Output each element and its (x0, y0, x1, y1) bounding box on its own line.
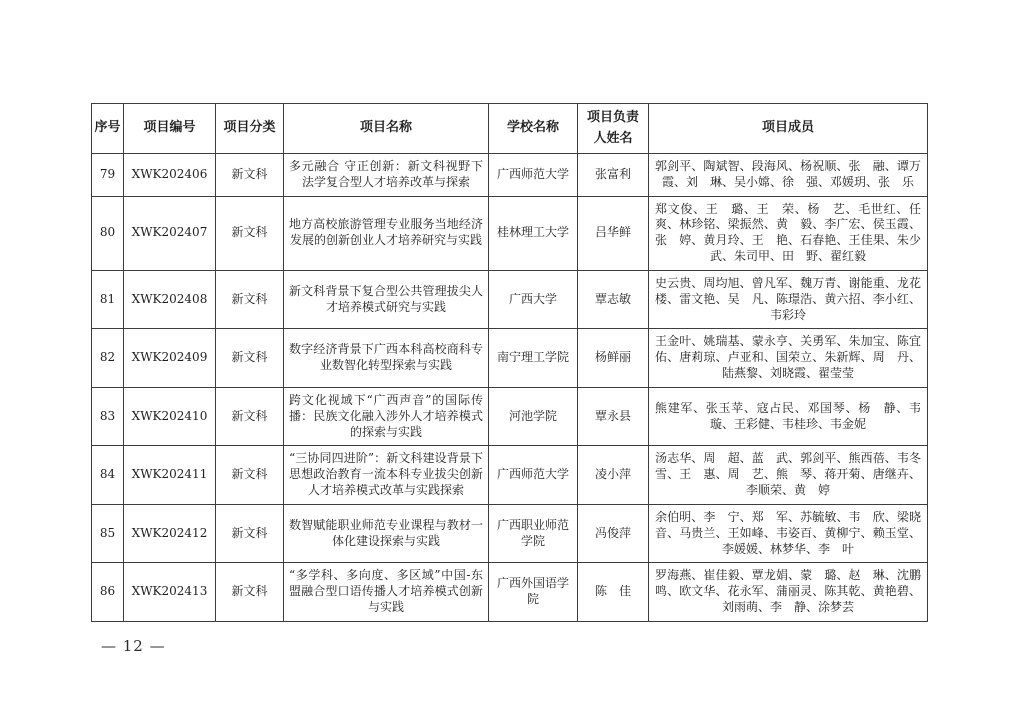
column-header-leader: 项目负责人姓名 (578, 104, 649, 154)
cell-category: 新文科 (216, 196, 284, 270)
cell-seq: 84 (92, 446, 124, 504)
cell-name: 新文科背景下复合型公共管理拔尖人才培养模式研究与实践 (284, 270, 489, 328)
cell-seq: 85 (92, 504, 124, 562)
table-header-row: 序号 项目编号 项目分类 项目名称 学校名称 项目负责人姓名 项目成员 (92, 104, 928, 154)
cell-name: “多学科、多向度、多区域”中国-东盟融合型口语传播人才培养模式创新与实践 (284, 563, 489, 621)
column-header-seq: 序号 (92, 104, 124, 154)
column-header-code: 项目编号 (124, 104, 216, 154)
cell-code: XWK202412 (124, 504, 216, 562)
cell-name: 多元融合 守正创新：新文科视野下法学复合型人才培养改革与探索 (284, 154, 489, 197)
cell-seq: 83 (92, 387, 124, 445)
cell-members: 王金叶、姚瑞基、蒙永亨、关勇军、朱加宝、陈宜佑、唐莉琼、卢亚和、国荣立、朱新辉、… (649, 329, 928, 387)
cell-members: 汤志华、周 超、蓝 武、郭剑平、熊西蓓、韦冬雪、王 惠、周 艺、熊 琴、蒋开菊、… (649, 446, 928, 504)
table-row: 79XWK202406新文科多元融合 守正创新：新文科视野下法学复合型人才培养改… (92, 154, 928, 197)
cell-category: 新文科 (216, 504, 284, 562)
cell-name: 数字经济背景下广西本科高校商科专业数智化转型探索与实践 (284, 329, 489, 387)
cell-code: XWK202410 (124, 387, 216, 445)
cell-members: 史云贵、周均旭、曾凡军、魏万青、谢能重、龙花楼、雷文艳、吴 凡、陈璟浩、黄六招、… (649, 270, 928, 328)
document-page: 序号 项目编号 项目分类 项目名称 学校名称 项目负责人姓名 项目成员 79XW… (0, 0, 1013, 716)
table-row: 80XWK202407新文科地方高校旅游管理专业服务当地经济发展的创新创业人才培… (92, 196, 928, 270)
project-table: 序号 项目编号 项目分类 项目名称 学校名称 项目负责人姓名 项目成员 79XW… (91, 103, 928, 622)
cell-leader: 吕华鲜 (578, 196, 649, 270)
cell-leader: 覃永县 (578, 387, 649, 445)
cell-school: 广西职业师范学院 (489, 504, 578, 562)
cell-name: “三协同四进阶”：新文科建设背景下思想政治教育一流本科专业拔尖创新人才培养模式改… (284, 446, 489, 504)
cell-members: 郑文俊、王 璐、王 荣、杨 艺、毛世红、任爽、林珍铭、梁振然、黄 毅、李广宏、侯… (649, 196, 928, 270)
table-row: 81XWK202408新文科新文科背景下复合型公共管理拔尖人才培养模式研究与实践… (92, 270, 928, 328)
table-row: 86XWK202413新文科“多学科、多向度、多区域”中国-东盟融合型口语传播人… (92, 563, 928, 621)
table-body: 79XWK202406新文科多元融合 守正创新：新文科视野下法学复合型人才培养改… (92, 154, 928, 622)
cell-seq: 82 (92, 329, 124, 387)
column-header-members: 项目成员 (649, 104, 928, 154)
cell-school: 南宁理工学院 (489, 329, 578, 387)
cell-seq: 86 (92, 563, 124, 621)
cell-code: XWK202413 (124, 563, 216, 621)
cell-category: 新文科 (216, 154, 284, 197)
cell-school: 河池学院 (489, 387, 578, 445)
cell-category: 新文科 (216, 329, 284, 387)
cell-leader: 覃志敏 (578, 270, 649, 328)
cell-leader: 陈 佳 (578, 563, 649, 621)
cell-leader: 凌小萍 (578, 446, 649, 504)
cell-name: 跨文化视域下“广西声音”的国际传播：民族文化融入涉外人才培养模式的探索与实践 (284, 387, 489, 445)
cell-seq: 80 (92, 196, 124, 270)
cell-leader: 杨鲜丽 (578, 329, 649, 387)
cell-code: XWK202408 (124, 270, 216, 328)
cell-seq: 79 (92, 154, 124, 197)
cell-name: 地方高校旅游管理专业服务当地经济发展的创新创业人才培养研究与实践 (284, 196, 489, 270)
cell-leader: 张富利 (578, 154, 649, 197)
table-row: 82XWK202409新文科数字经济背景下广西本科高校商科专业数智化转型探索与实… (92, 329, 928, 387)
cell-members: 余伯明、李 宁、郑 军、苏毓敏、韦 欣、梁晓音、马贵兰、王如峰、韦姿百、黄柳宁、… (649, 504, 928, 562)
cell-category: 新文科 (216, 270, 284, 328)
cell-school: 桂林理工大学 (489, 196, 578, 270)
cell-leader: 冯俊萍 (578, 504, 649, 562)
table-row: 83XWK202410新文科跨文化视域下“广西声音”的国际传播：民族文化融入涉外… (92, 387, 928, 445)
cell-code: XWK202406 (124, 154, 216, 197)
cell-category: 新文科 (216, 563, 284, 621)
cell-seq: 81 (92, 270, 124, 328)
cell-members: 郭剑平、陶斌智、段海风、杨祝顺、张 融、谭万霞、刘 琳、吴小嫦、徐 强、邓媛玥、… (649, 154, 928, 197)
column-header-school: 学校名称 (489, 104, 578, 154)
column-header-name: 项目名称 (284, 104, 489, 154)
cell-category: 新文科 (216, 446, 284, 504)
cell-code: XWK202411 (124, 446, 216, 504)
table-row: 84XWK202411新文科“三协同四进阶”：新文科建设背景下思想政治教育一流本… (92, 446, 928, 504)
cell-school: 广西大学 (489, 270, 578, 328)
cell-school: 广西师范大学 (489, 446, 578, 504)
column-header-leader-label: 项目负责人姓名 (587, 108, 639, 150)
cell-name: 数智赋能职业师范专业课程与教材一体化建设探索与实践 (284, 504, 489, 562)
cell-school: 广西师范大学 (489, 154, 578, 197)
page-number: — 12 — (101, 637, 166, 655)
table-row: 85XWK202412新文科数智赋能职业师范专业课程与教材一体化建设探索与实践广… (92, 504, 928, 562)
cell-code: XWK202409 (124, 329, 216, 387)
column-header-category: 项目分类 (216, 104, 284, 154)
cell-members: 罗海燕、崔佳毅、覃龙娟、蒙 璐、赵 琳、沈鹏鸣、欧文华、花永军、蒲丽灵、陈其乾、… (649, 563, 928, 621)
cell-category: 新文科 (216, 387, 284, 445)
cell-code: XWK202407 (124, 196, 216, 270)
cell-school: 广西外国语学院 (489, 563, 578, 621)
cell-members: 熊建军、张玉苹、寇占民、邓国琴、杨 静、韦璇、王彩健、韦桂珍、韦金妮 (649, 387, 928, 445)
